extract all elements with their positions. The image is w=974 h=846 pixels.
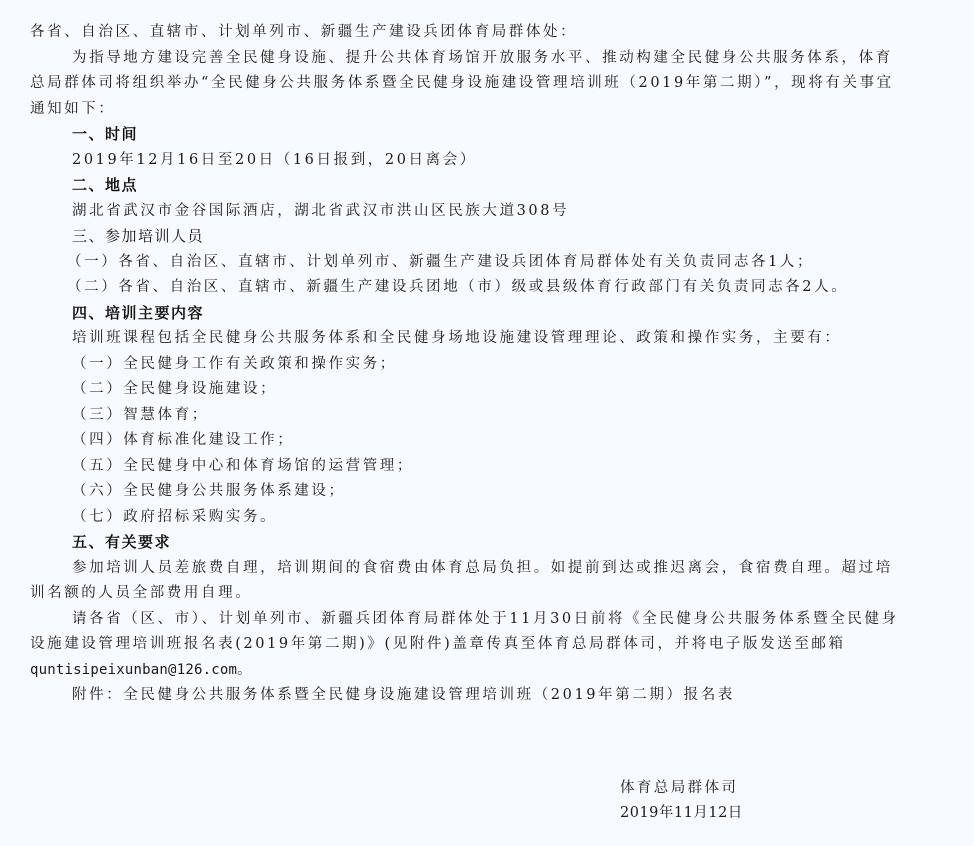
intro-paragraph-line-1: 为指导地方建设完善全民健身设施、提升公共体育场馆开放服务水平、推动构建全民健身公… — [30, 46, 940, 72]
requirements-para2-line1: 请各省（区、市）、计划单列市、新疆兵团体育局群体处于11月30日前将《全民健身公… — [30, 607, 940, 633]
content-item-7: （七）政府招标采购实务。 — [30, 505, 940, 531]
intro-paragraph-line-3: 通知如下： — [30, 97, 940, 123]
participants-item-2: （二）各省、自治区、直辖市、新疆生产建设兵团地（市）级或县级体育行政部门有关负责… — [30, 275, 940, 301]
notice-document: 各省、自治区、直辖市、计划单列市、新疆生产建设兵团体育局群体处： 为指导地方建设… — [0, 0, 940, 709]
attachment-line: 附件：全民健身公共服务体系暨全民健身设施建设管理培训班（2019年第二期）报名表 — [30, 683, 940, 709]
signature-date: 2019年11月12日 — [620, 801, 743, 826]
section-location-text: 湖北省武汉市金谷国际酒店，湖北省武汉市洪山区民族大道308号 — [30, 199, 940, 225]
section-heading-content: 四、培训主要内容 — [30, 301, 940, 327]
section-heading-location: 二、地点 — [30, 173, 940, 199]
section-heading-participants: 三、参加培训人员 — [30, 224, 940, 250]
contact-email-link[interactable]: quntisipeixunban@126.com。 — [30, 658, 940, 684]
content-item-2: （二）全民健身设施建设； — [30, 377, 940, 403]
signature-organization: 体育总局群体司 — [620, 776, 738, 801]
requirements-para1-line2: 训名额的人员全部费用自理。 — [30, 581, 940, 607]
intro-paragraph-line-2: 总局群体司将组织举办“全民健身公共服务体系暨全民健身设施建设管理培训班（2019… — [30, 71, 940, 97]
content-item-3: （三）智慧体育； — [30, 403, 940, 429]
requirements-para2-line2: 设施建设管理培训班报名表(2019年第二期)》(见附件)盖章传真至体育总局群体司… — [30, 632, 940, 658]
section-heading-requirements: 五、有关要求 — [30, 530, 940, 556]
section-heading-time: 一、时间 — [30, 122, 940, 148]
section-time-text: 2019年12月16日至20日（16日报到，20日离会） — [30, 148, 940, 174]
participants-item-1: （一）各省、自治区、直辖市、计划单列市、新疆生产建设兵团体育局群体处有关负责同志… — [30, 250, 940, 276]
addressee: 各省、自治区、直辖市、计划单列市、新疆生产建设兵团体育局群体处： — [30, 20, 940, 46]
content-item-1: （一）全民健身工作有关政策和操作实务； — [30, 352, 940, 378]
content-item-4: （四）体育标准化建设工作； — [30, 428, 940, 454]
requirements-para1-line1: 参加培训人员差旅费自理，培训期间的食宿费由体育总局负担。如提前到达或推迟离会，食… — [30, 556, 940, 582]
content-intro: 培训班课程包括全民健身公共服务体系和全民健身场地设施建设管理理论、政策和操作实务… — [30, 326, 940, 352]
content-item-6: （六）全民健身公共服务体系建设； — [30, 479, 940, 505]
content-item-5: （五）全民健身中心和体育场馆的运营管理； — [30, 454, 940, 480]
